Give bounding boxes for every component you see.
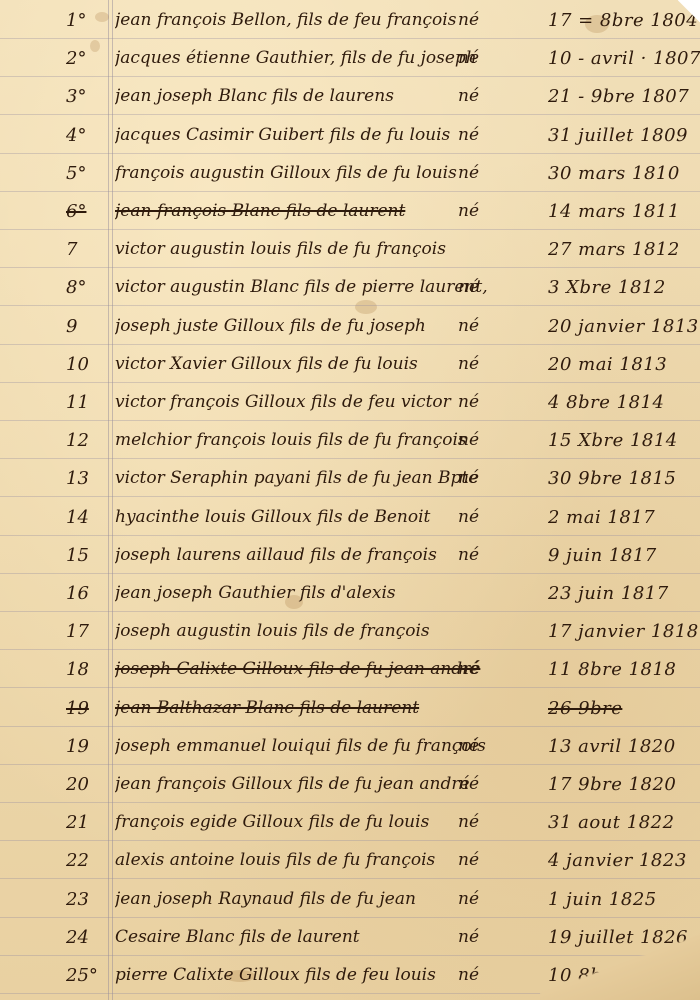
entry-date: 14 mars 1811 (548, 201, 698, 222)
entry-number: 8° (66, 277, 108, 298)
entry-number: 24 (66, 927, 108, 948)
entry-born-label: né (458, 316, 498, 336)
entry-number: 3° (66, 86, 108, 107)
register-entry: 15 joseph laurens aillaud fils de franço… (0, 545, 700, 585)
entry-date: 10 - avril · 1807 (548, 48, 698, 69)
register-entry: 11 victor françois Gilloux fils de feu v… (0, 392, 700, 432)
entry-born-label: né (458, 965, 498, 985)
entry-number: 14 (66, 507, 108, 528)
entry-born-label: né (458, 774, 498, 794)
entry-born-label: né (458, 86, 498, 106)
entry-name: joseph juste Gilloux fils de fu joseph (115, 316, 515, 336)
entry-born-label: né (458, 812, 498, 832)
entry-number: 17 (66, 621, 108, 642)
entry-number: 15 (66, 545, 108, 566)
entry-name: victor augustin louis fils de fu françoi… (115, 239, 515, 259)
entry-name: jean françois Bellon, fils de feu franço… (115, 10, 515, 30)
register-page: 1° jean françois Bellon, fils de feu fra… (0, 0, 700, 1000)
entry-number: 5° (66, 163, 108, 184)
entry-name: pierre Calixte Gilloux fils de feu louis (115, 965, 515, 985)
entry-number: 7 (66, 239, 108, 260)
register-entry: 18 joseph Calixte Gilloux fils de fu jea… (0, 659, 700, 699)
entry-number: 10 (66, 354, 108, 375)
entry-date: 4 janvier 1823 (548, 850, 698, 871)
entry-name: jean joseph Gauthier fils d'alexis (115, 583, 515, 603)
register-entry: 20 jean françois Gilloux fils de fu jean… (0, 774, 700, 814)
entry-name: jacques étienne Gauthier, fils de fu jos… (115, 48, 515, 68)
entry-name: jean joseph Blanc fils de laurens (115, 86, 515, 106)
register-entry: 6° jean françois Blanc fils de laurent n… (0, 201, 700, 241)
entry-date: 15 Xbre 1814 (548, 430, 698, 451)
register-entry: 13 victor Seraphin payani fils de fu jea… (0, 468, 700, 508)
entry-name: joseph laurens aillaud fils de françois (115, 545, 515, 565)
entry-number: 22 (66, 850, 108, 871)
entry-name: alexis antoine louis fils de fu françois (115, 850, 515, 870)
entry-born-label: né (458, 507, 498, 527)
entry-date: 31 aout 1822 (548, 812, 698, 833)
entry-name: victor augustin Blanc fils de pierre lau… (115, 277, 515, 297)
entry-name: joseph emmanuel louiqui fils de fu franç… (115, 736, 515, 756)
entry-born-label: né (458, 468, 498, 488)
entry-date: 21 - 9bre 1807 (548, 86, 698, 107)
entry-date: 11 8bre 1818 (548, 659, 698, 680)
entry-name: jacques Casimir Guibert fils de fu louis (115, 125, 515, 145)
entry-date: 30 9bre 1815 (548, 468, 698, 489)
entry-date: 20 mai 1813 (548, 354, 698, 375)
register-entry: 5° françois augustin Gilloux fils de fu … (0, 163, 700, 203)
entry-number: 25° (66, 965, 108, 986)
entry-date: 26 9bre (548, 698, 698, 719)
entry-born-label: né (458, 545, 498, 565)
entry-name: melchior françois louis fils de fu franç… (115, 430, 515, 450)
register-entry: 14 hyacinthe louis Gilloux fils de Benoi… (0, 507, 700, 547)
entry-name: victor Xavier Gilloux fils de fu louis (115, 354, 515, 374)
entry-born-label: né (458, 48, 498, 68)
entry-date: 23 juin 1817 (548, 583, 698, 604)
entry-date: 31 juillet 1809 (548, 125, 698, 146)
entry-name: hyacinthe louis Gilloux fils de Benoit (115, 507, 515, 527)
folded-corner (540, 930, 700, 1000)
entry-born-label: né (458, 430, 498, 450)
entry-date: 17 9bre 1820 (548, 774, 698, 795)
entry-date: 2 mai 1817 (548, 507, 698, 528)
register-entry: 17 joseph augustin louis fils de françoi… (0, 621, 700, 661)
entry-number: 12 (66, 430, 108, 451)
register-entry: 22 alexis antoine louis fils de fu franç… (0, 850, 700, 890)
entry-number: 20 (66, 774, 108, 795)
register-entry: 19 joseph emmanuel louiqui fils de fu fr… (0, 736, 700, 776)
entry-date: 13 avril 1820 (548, 736, 698, 757)
entry-date: 20 janvier 1813 (548, 316, 698, 337)
entry-date: 3 Xbre 1812 (548, 277, 698, 298)
entry-name: joseph Calixte Gilloux fils de fu jean a… (115, 659, 515, 679)
entry-number: 18 (66, 659, 108, 680)
torn-corner (678, 0, 700, 22)
register-entry: 4° jacques Casimir Guibert fils de fu lo… (0, 125, 700, 165)
entry-number: 19 (66, 698, 108, 719)
entry-name: françois augustin Gilloux fils de fu lou… (115, 163, 515, 183)
entry-born-label: né (458, 125, 498, 145)
entry-name: Cesaire Blanc fils de laurent (115, 927, 515, 947)
entry-born-label: né (458, 736, 498, 756)
entry-date: 4 8bre 1814 (548, 392, 698, 413)
entry-name: jean françois Blanc fils de laurent (115, 201, 515, 221)
entry-name: victor Seraphin payani fils de fu jean B… (115, 468, 515, 488)
register-entry: 7 victor augustin louis fils de fu franç… (0, 239, 700, 279)
entry-date: 9 juin 1817 (548, 545, 698, 566)
entry-number: 6° (66, 201, 108, 222)
entry-born-label: né (458, 392, 498, 412)
register-entry: 3° jean joseph Blanc fils de laurens né … (0, 86, 700, 126)
entry-number: 1° (66, 10, 108, 31)
entry-born-label: né (458, 659, 498, 679)
entry-name: victor françois Gilloux fils de feu vict… (115, 392, 515, 412)
entry-number: 13 (66, 468, 108, 489)
register-entry: 19 jean Balthazar Blanc fils de laurent … (0, 698, 700, 738)
entry-number: 23 (66, 889, 108, 910)
register-entry: 21 françois egide Gilloux fils de fu lou… (0, 812, 700, 852)
entry-name: joseph augustin louis fils de françois (115, 621, 515, 641)
entry-date: 27 mars 1812 (548, 239, 698, 260)
entry-born-label: né (458, 163, 498, 183)
entry-number: 4° (66, 125, 108, 146)
entry-number: 16 (66, 583, 108, 604)
entry-born-label: né (458, 889, 498, 909)
register-entry: 23 jean joseph Raynaud fils de fu jean n… (0, 889, 700, 929)
entry-number: 2° (66, 48, 108, 69)
entry-name: jean Balthazar Blanc fils de laurent (115, 698, 515, 718)
entry-name: jean joseph Raynaud fils de fu jean (115, 889, 515, 909)
register-entry: 8° victor augustin Blanc fils de pierre … (0, 277, 700, 317)
entry-date: 30 mars 1810 (548, 163, 698, 184)
entry-date: 1 juin 1825 (548, 889, 698, 910)
entry-born-label: né (458, 927, 498, 947)
register-entry: 12 melchior françois louis fils de fu fr… (0, 430, 700, 470)
entry-name: françois egide Gilloux fils de fu louis (115, 812, 515, 832)
entry-born-label: né (458, 201, 498, 221)
entry-date: 17 janvier 1818 (548, 621, 698, 642)
register-entry: 9 joseph juste Gilloux fils de fu joseph… (0, 316, 700, 356)
entry-born-label: né (458, 277, 498, 297)
entry-number: 9 (66, 316, 108, 337)
register-entry: 1° jean françois Bellon, fils de feu fra… (0, 10, 700, 50)
entry-number: 19 (66, 736, 108, 757)
entry-born-label: né (458, 354, 498, 374)
entry-name: jean françois Gilloux fils de fu jean an… (115, 774, 515, 794)
entry-date: 17 = 8bre 1804 (548, 10, 698, 31)
register-entry: 16 jean joseph Gauthier fils d'alexis 23… (0, 583, 700, 623)
entry-born-label: né (458, 850, 498, 870)
entry-number: 21 (66, 812, 108, 833)
entry-number: 11 (66, 392, 108, 413)
entry-born-label: né (458, 10, 498, 30)
register-entry: 2° jacques étienne Gauthier, fils de fu … (0, 48, 700, 88)
register-entry: 10 victor Xavier Gilloux fils de fu loui… (0, 354, 700, 394)
